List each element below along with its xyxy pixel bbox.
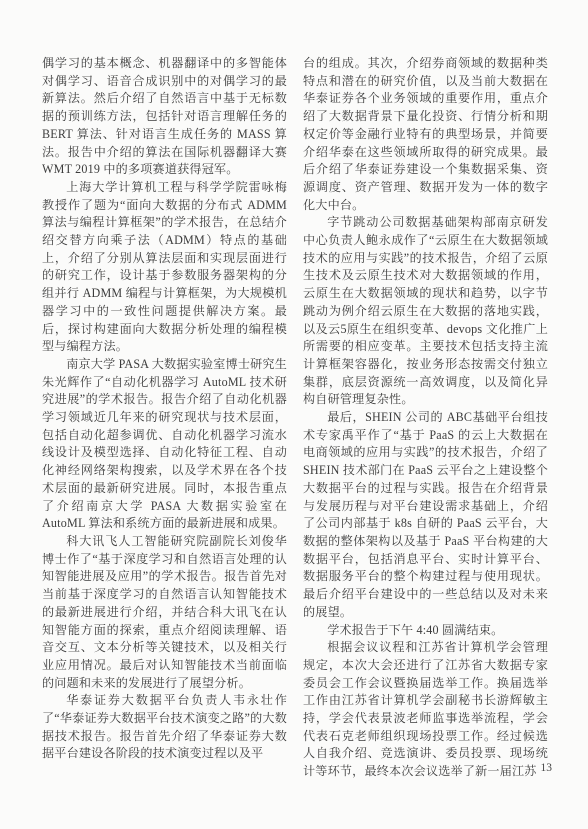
- right-column: 台的组成。其次，介绍券商领域的数据种类特点和潜在的研究价值，以及当前大数据在华泰…: [303, 55, 548, 781]
- left-column: 偶学习的基本概念、机器翻译中的多智能体对偶学习、语音合成识别中的对偶学习的最新算…: [42, 55, 287, 781]
- paragraph: 最后，SHEIN 公司的 ABC基础平台组技术专家禹平作了“基于 PaaS 的云…: [303, 409, 548, 621]
- paragraph-continuation: 台的组成。其次，介绍券商领域的数据种类特点和潜在的研究价值，以及当前大数据在华泰…: [303, 55, 548, 214]
- paragraph: 根据会议议程和江苏省计算机学会管理规定，本次大会还进行了江苏省大数据专家委员会工…: [303, 639, 548, 781]
- paragraph: 南京大学 PASA 大数据实验室博士研究生朱光辉作了“自动化机器学习 AutoM…: [42, 356, 287, 533]
- paragraph: 上海大学计算机工程与科学学院雷咏梅教授作了题为“面向大数据的分布式 ADMM 算…: [42, 179, 287, 356]
- page-number: 13: [541, 762, 553, 774]
- paragraph: 学术报告于下午 4:40 圆满结束。: [303, 622, 548, 640]
- paragraph: 科大讯飞人工智能研究院副院长刘俊华博士作了“基于深度学习和自然语言处理的认知智能…: [42, 533, 287, 692]
- paragraph: 字节跳动公司数据基础架构部南京研发中心负责人鲍永成作了“云原生在大数据领域技术的…: [303, 214, 548, 409]
- paragraph: 华泰证券大数据平台负责人韦永壮作了“华泰证券大数据平台技术演变之路”的大数据技术…: [42, 692, 287, 763]
- paragraph-continuation: 偶学习的基本概念、机器翻译中的多智能体对偶学习、语音合成识别中的对偶学习的最新算…: [42, 55, 287, 179]
- document-page: 偶学习的基本概念、机器翻译中的多智能体对偶学习、语音合成识别中的对偶学习的最新算…: [0, 0, 588, 829]
- text-columns: 偶学习的基本概念、机器翻译中的多智能体对偶学习、语音合成识别中的对偶学习的最新算…: [42, 55, 548, 781]
